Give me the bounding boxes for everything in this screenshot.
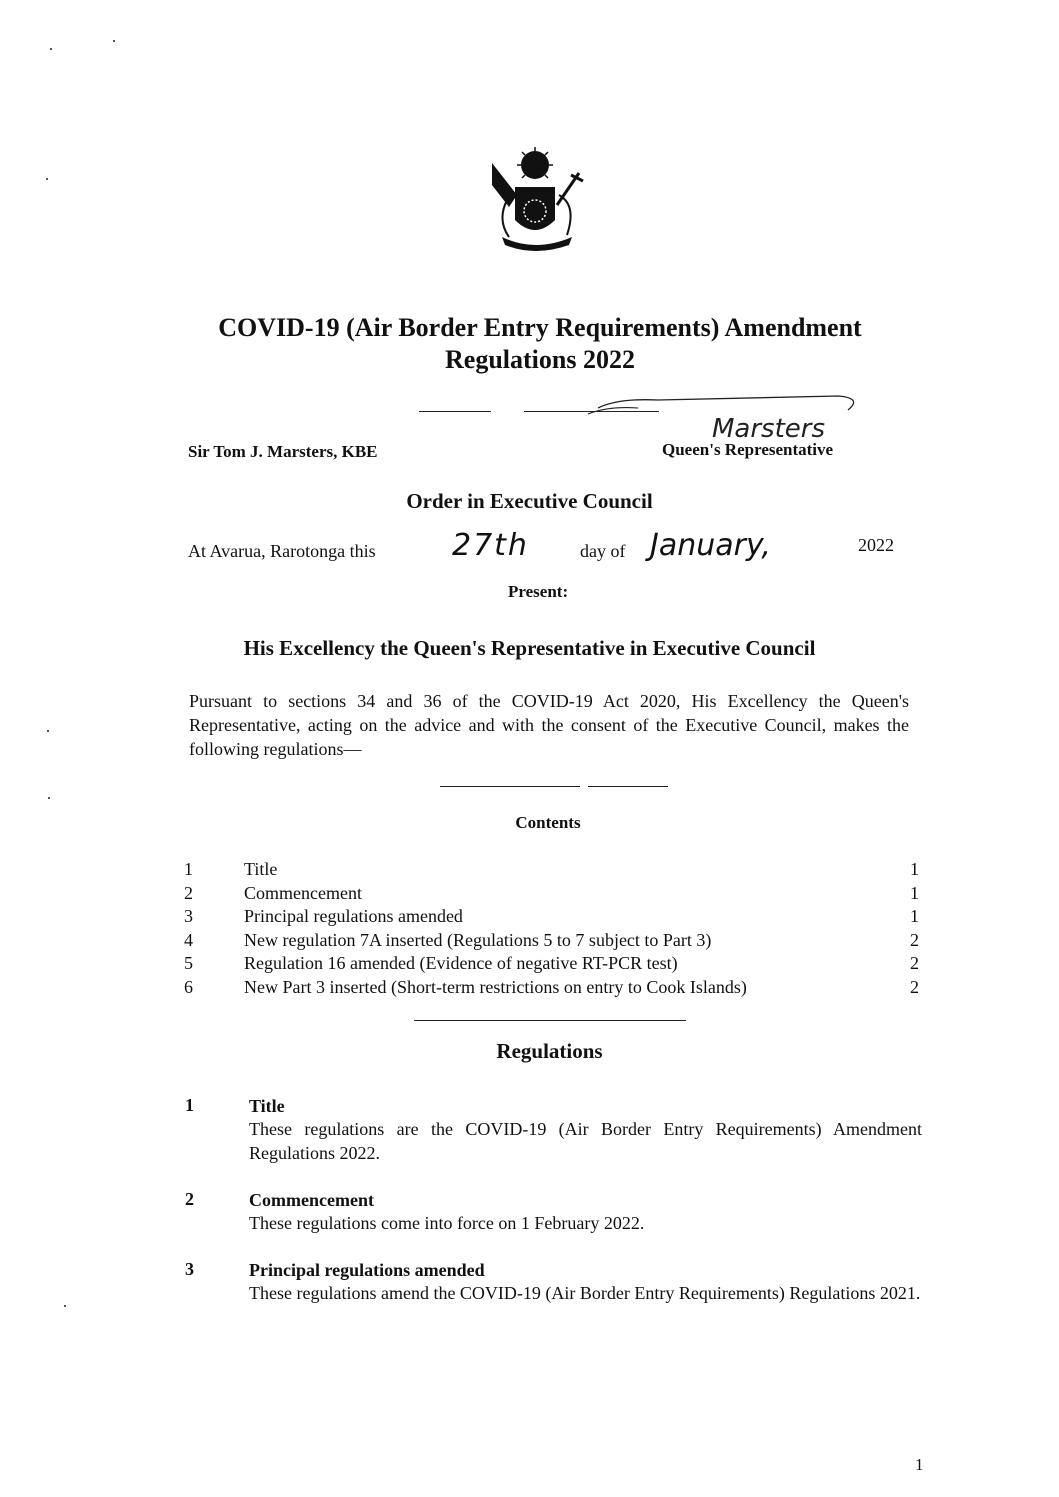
toc-page: 1 (899, 882, 919, 906)
year: 2022 (858, 535, 894, 556)
toc-number: 6 (184, 976, 244, 1000)
toc-row[interactable]: 1 Title 1 (184, 858, 919, 882)
section-3: 3 Principal regulations amended These re… (185, 1259, 922, 1305)
section-text: These regulations are the COVID-19 (Air … (249, 1117, 922, 1165)
section-text: These regulations amend the COVID-19 (Ai… (249, 1281, 922, 1305)
toc-label: Principal regulations amended (244, 905, 899, 929)
page-number: 1 (915, 1455, 924, 1475)
scan-speck (47, 730, 49, 732)
toc-number: 2 (184, 882, 244, 906)
title-line-1: COVID-19 (Air Border Entry Requirements)… (150, 312, 930, 344)
section-1: 1 Title These regulations are the COVID-… (185, 1095, 922, 1165)
order-heading: Order in Executive Council (0, 489, 1059, 514)
toc-label: Title (244, 858, 899, 882)
scan-speck (50, 48, 52, 50)
section-2: 2 Commencement These regulations come in… (185, 1189, 922, 1235)
excellency-heading: His Excellency the Queen's Representativ… (0, 636, 1059, 661)
toc-row[interactable]: 5 Regulation 16 amended (Evidence of neg… (184, 952, 919, 976)
toc-label: New Part 3 inserted (Short-term restrict… (244, 976, 899, 1000)
handwritten-month: January, (650, 528, 771, 563)
scan-speck (113, 40, 115, 42)
toc-number: 3 (184, 905, 244, 929)
toc-row[interactable]: 3 Principal regulations amended 1 (184, 905, 919, 929)
toc-label: Regulation 16 amended (Evidence of negat… (244, 952, 899, 976)
signatory-name: Sir Tom J. Marsters, KBE (188, 442, 378, 462)
scan-speck (64, 1305, 66, 1307)
toc-label: Commencement (244, 882, 899, 906)
toc-row[interactable]: 6 New Part 3 inserted (Short-term restri… (184, 976, 919, 1000)
divider (588, 786, 668, 787)
toc-label: New regulation 7A inserted (Regulations … (244, 929, 899, 953)
scan-speck (46, 178, 48, 180)
location-line: At Avarua, Rarotonga this (188, 541, 376, 562)
regulations-heading: Regulations (0, 1039, 1059, 1064)
toc-page: 2 (899, 952, 919, 976)
toc-number: 5 (184, 952, 244, 976)
toc-page: 2 (899, 976, 919, 1000)
toc-page: 2 (899, 929, 919, 953)
toc-row[interactable]: 2 Commencement 1 (184, 882, 919, 906)
toc-page: 1 (899, 905, 919, 929)
section-number: 3 (185, 1259, 194, 1280)
signatory-title: Queen's Representative (662, 440, 833, 460)
divider (440, 786, 580, 787)
scan-speck (48, 797, 50, 799)
toc-page: 1 (899, 858, 919, 882)
contents-heading: Contents (0, 813, 1059, 833)
section-text: These regulations come into force on 1 F… (249, 1211, 922, 1235)
coat-of-arms-icon (487, 145, 587, 260)
signature-rule (419, 411, 491, 412)
handwritten-day: 27th (452, 528, 529, 563)
toc-number: 1 (184, 858, 244, 882)
section-heading: Principal regulations amended (249, 1259, 922, 1281)
document-title: COVID-19 (Air Border Entry Requirements)… (150, 312, 930, 376)
section-number: 1 (185, 1095, 194, 1116)
toc-row[interactable]: 4 New regulation 7A inserted (Regulation… (184, 929, 919, 953)
preamble-paragraph: Pursuant to sections 34 and 36 of the CO… (189, 689, 909, 761)
divider (414, 1020, 686, 1021)
section-heading: Commencement (249, 1189, 922, 1211)
present-label: Present: (508, 582, 568, 602)
section-heading: Title (249, 1095, 922, 1117)
toc-number: 4 (184, 929, 244, 953)
table-of-contents: 1 Title 1 2 Commencement 1 3 Principal r… (184, 858, 919, 999)
title-line-2: Regulations 2022 (150, 344, 930, 376)
day-of-label: day of (580, 541, 625, 562)
section-number: 2 (185, 1189, 194, 1210)
